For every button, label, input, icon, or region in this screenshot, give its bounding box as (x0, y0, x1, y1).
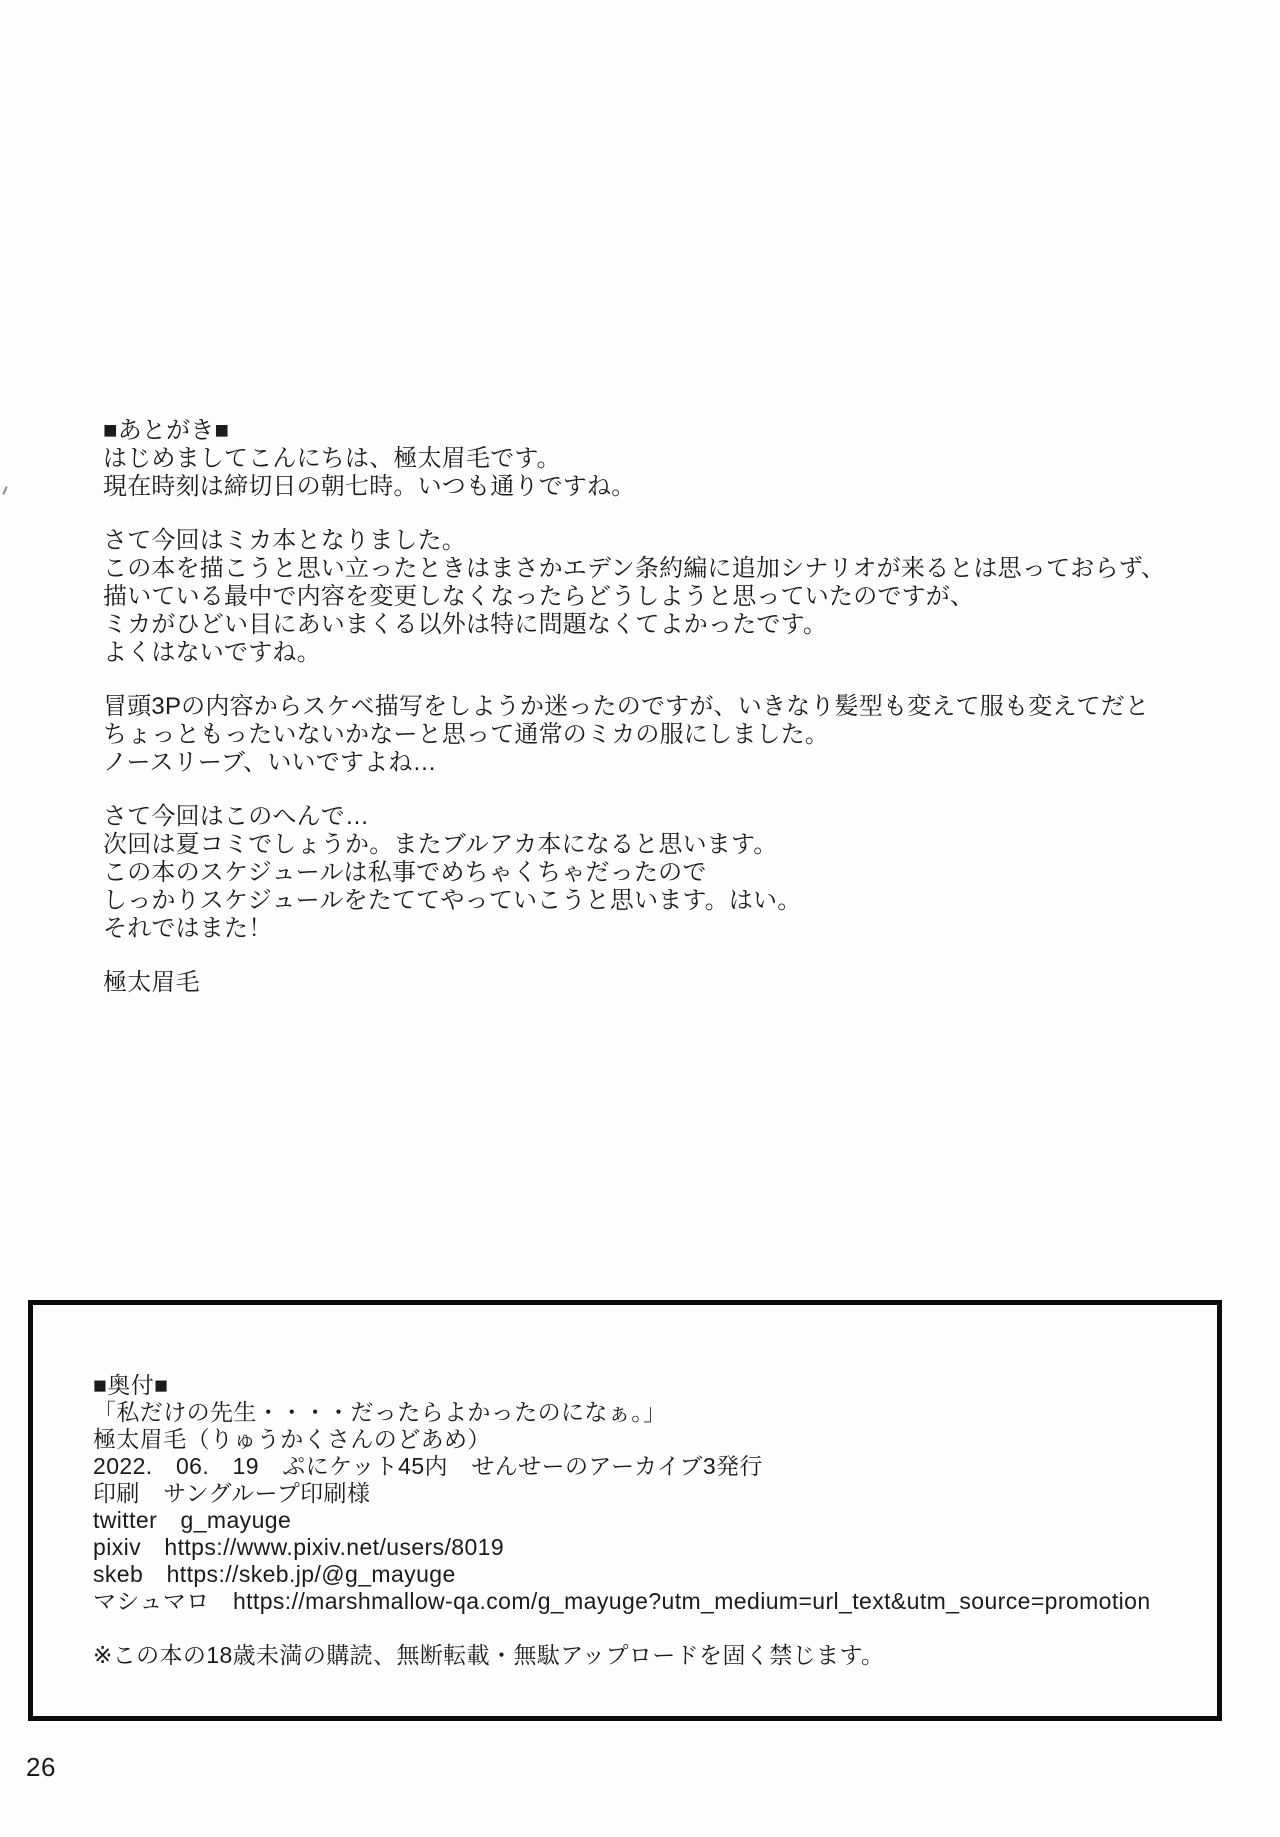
afterword-line: はじめましてこんにちは、極太眉毛です。 (103, 445, 1165, 473)
afterword-line: この本を描こうと思い立ったときはまさかエデン条約編に追加シナリオが来るとは思って… (103, 555, 1165, 583)
scan-artifact-mark (2, 486, 7, 495)
colophon-box: ■奥付■ 「私だけの先生・・・・だったらよかったのになぁ。」 極太眉毛（りゅうか… (28, 1300, 1222, 1721)
afterword-line: この本のスケジュールは私事でめちゃくちゃだったので (103, 859, 1165, 887)
afterword-paragraph: 冒頭3Pの内容からスケベ描写をしようか迷ったのですが、いきなり髪型も変えて服も変… (103, 693, 1165, 777)
afterword-line: 次回は夏コミでしょうか。またブルアカ本になると思います。 (103, 831, 1165, 859)
colophon-pixiv-url: pixiv https://www.pixiv.net/users/8019 (93, 1534, 1201, 1561)
colophon-author-circle: 極太眉毛（りゅうかくさんのどあめ） (93, 1426, 1201, 1453)
afterword-paragraph: さて今回はこのへんで… 次回は夏コミでしょうか。またブルアカ本になると思います。… (103, 803, 1165, 943)
author-signature: 極太眉毛 (103, 969, 1165, 997)
afterword-line: よくはないですね。 (103, 639, 1165, 667)
afterword-line: 描いている最中で内容を変更しなくなったらどうしようと思っていたのですが、 (103, 583, 1165, 611)
afterword-heading: ■あとがき■ (103, 417, 1165, 445)
page-number: 26 (26, 1752, 56, 1783)
colophon-skeb-url: skeb https://skeb.jp/@g_mayuge (93, 1561, 1201, 1588)
afterword-section: ■あとがき■ はじめましてこんにちは、極太眉毛です。 現在時刻は締切日の朝七時。… (103, 417, 1165, 997)
afterword-line: それではまた！ (103, 915, 1165, 943)
afterword-line: しっかりスケジュールをたててやっていこうと思います。はい。 (103, 887, 1165, 915)
afterword-line: ちょっともったいないかなーと思って通常のミカの服にしました。 (103, 721, 1165, 749)
afterword-line: 冒頭3Pの内容からスケベ描写をしようか迷ったのですが、いきなり髪型も変えて服も変… (103, 693, 1165, 721)
afterword-line: ノースリーブ、いいですよね… (103, 749, 1165, 777)
afterword-signature-block: 極太眉毛 (103, 969, 1165, 997)
afterword-paragraph: ■あとがき■ はじめましてこんにちは、極太眉毛です。 現在時刻は締切日の朝七時。… (103, 417, 1165, 501)
colophon-notice: ※この本の18歳未満の購読、無断転載・無駄アップロードを固く禁じます。 (93, 1642, 1201, 1669)
colophon-book-title: 「私だけの先生・・・・だったらよかったのになぁ。」 (93, 1399, 1201, 1426)
colophon-printer: 印刷 サングループ印刷様 (93, 1480, 1201, 1507)
afterword-paragraph: さて今回はミカ本となりました。 この本を描こうと思い立ったときはまさかエデン条約… (103, 527, 1165, 667)
afterword-line: ミカがひどい目にあいまくる以外は特に問題なくてよかったです。 (103, 611, 1165, 639)
afterword-line: 現在時刻は締切日の朝七時。いつも通りですね。 (103, 473, 1165, 501)
afterword-line: さて今回はこのへんで… (103, 803, 1165, 831)
afterword-line: さて今回はミカ本となりました。 (103, 527, 1165, 555)
scanned-doujin-page: ■あとがき■ はじめましてこんにちは、極太眉毛です。 現在時刻は締切日の朝七時。… (0, 0, 1280, 1837)
colophon-twitter-handle: twitter g_mayuge (93, 1507, 1201, 1534)
colophon-heading: ■奥付■ (93, 1372, 1201, 1399)
colophon-publication-date: 2022. 06. 19 ぷにケット45内 せんせーのアーカイブ3発行 (93, 1453, 1201, 1480)
colophon-marshmallow-url: マシュマロ https://marshmallow-qa.com/g_mayug… (93, 1588, 1201, 1615)
